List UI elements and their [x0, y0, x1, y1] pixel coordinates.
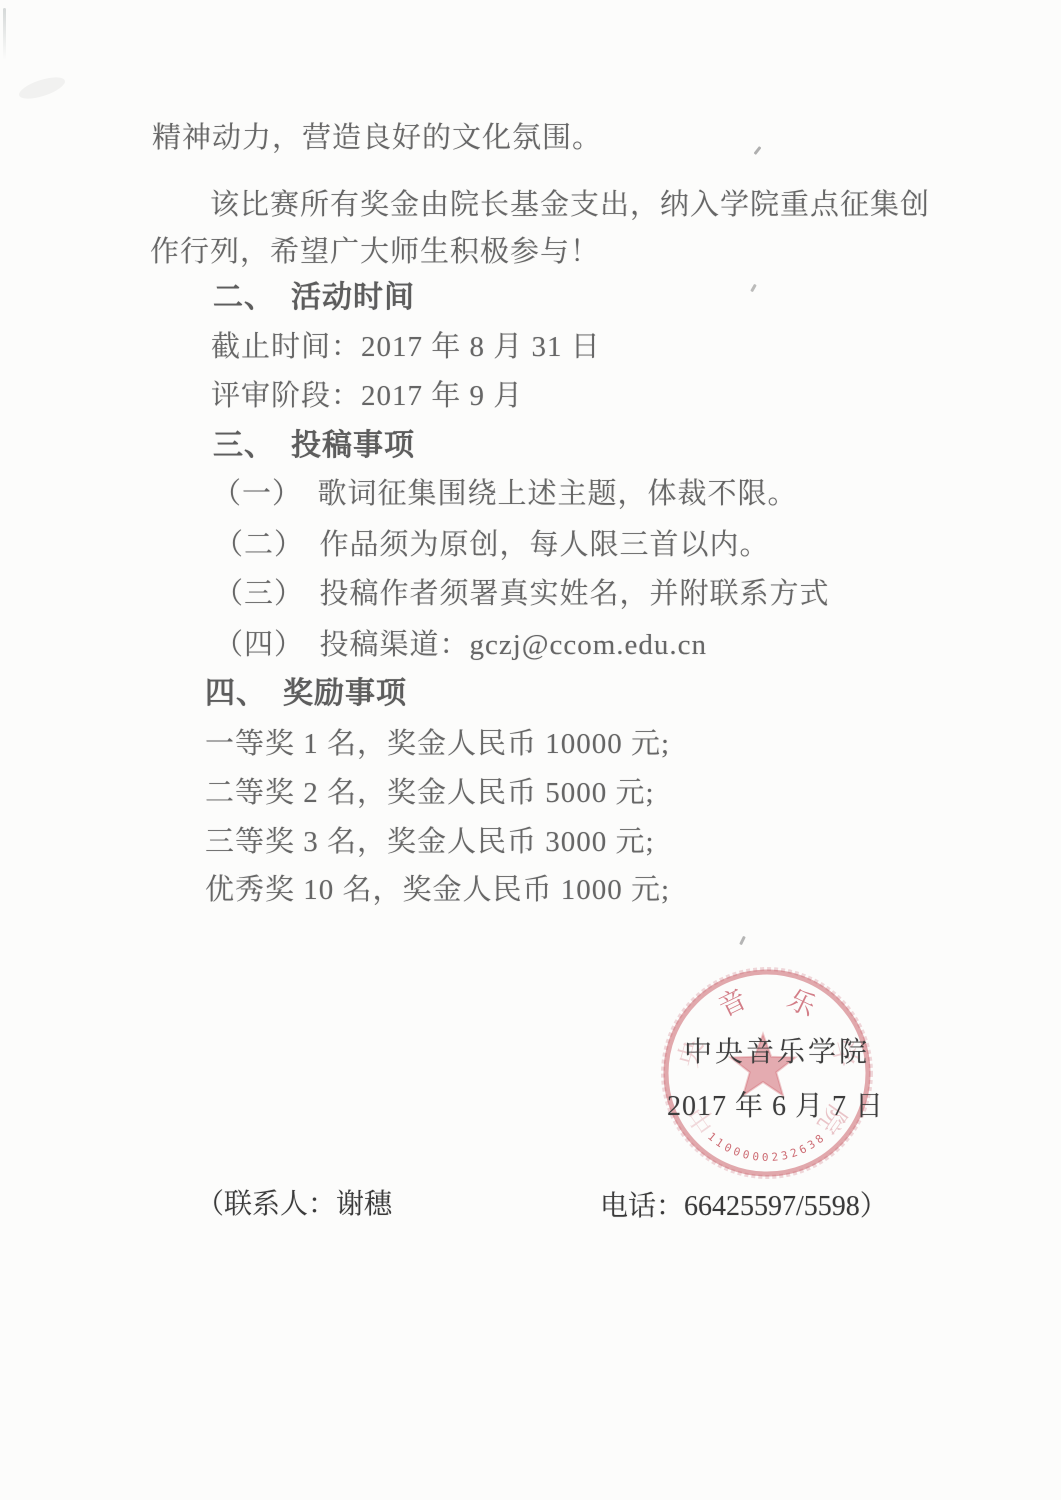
section-heading: 二、 活动时间	[213, 281, 415, 316]
contact-person: （联系人：谢穗	[196, 1182, 392, 1222]
scan-artifact	[754, 146, 762, 155]
seal-serial: 1100000232638	[705, 1130, 829, 1164]
paragraph-line: 一等奖 1 名，奖金人民币 10000 元;	[205, 728, 670, 761]
paragraph-line: 二等奖 2 名，奖金人民币 5000 元;	[205, 777, 655, 810]
paragraph-line: （三） 投稿作者须署真实姓名，并附联系方式	[214, 578, 830, 611]
paragraph-line: （四） 投稿渠道：gczj@ccom.edu.cn	[214, 629, 707, 662]
paragraph-line: （二） 作品须为原创，每人限三首以内。	[214, 529, 770, 562]
paragraph-line: 精神动力，营造良好的文化氛围。	[152, 122, 602, 155]
section-heading: 三、 投稿事项	[213, 429, 415, 464]
scan-artifact	[3, 8, 6, 60]
seal-ring-char: 音	[714, 984, 751, 1023]
contact-phone: 电话：66425597/5598）	[600, 1184, 888, 1224]
scan-artifact	[17, 73, 68, 103]
seal-ring-char: 乐	[783, 984, 821, 1023]
scan-artifact	[739, 936, 746, 945]
paragraph-line: 作行列，希望广大师生积极参与！	[150, 236, 600, 269]
official-seal-graphic: 中 央 音 乐 学 院 1100000232638	[655, 961, 881, 1187]
signature-org-name: 中央音乐学院	[684, 1030, 870, 1070]
scanned-document-page: 精神动力，营造良好的文化氛围。 该比赛所有奖金由院长基金支出，纳入学院重点征集创…	[0, 0, 1061, 1500]
paragraph-line: 优秀奖 10 名，奖金人民币 1000 元;	[205, 874, 670, 907]
paragraph-line: 该比赛所有奖金由院长基金支出，纳入学院重点征集创	[210, 189, 930, 222]
seal-serial-number: 1100000232638	[705, 1130, 829, 1164]
signature-date: 2017 年 6 月 7 日	[667, 1084, 884, 1124]
official-seal: 中 央 音 乐 学 院 1100000232638	[655, 961, 881, 1187]
section-heading: 四、 奖励事项	[205, 677, 407, 712]
paragraph-line: 截止时间：2017 年 8 月 31 日	[211, 331, 601, 364]
paragraph-line: 三等奖 3 名，奖金人民币 3000 元;	[205, 826, 655, 859]
scan-artifact	[750, 284, 757, 292]
paragraph-line: 评审阶段：2017 年 9 月	[211, 380, 523, 413]
paragraph-line: （一） 歌词征集围绕上述主题，体裁不限。	[212, 478, 798, 511]
